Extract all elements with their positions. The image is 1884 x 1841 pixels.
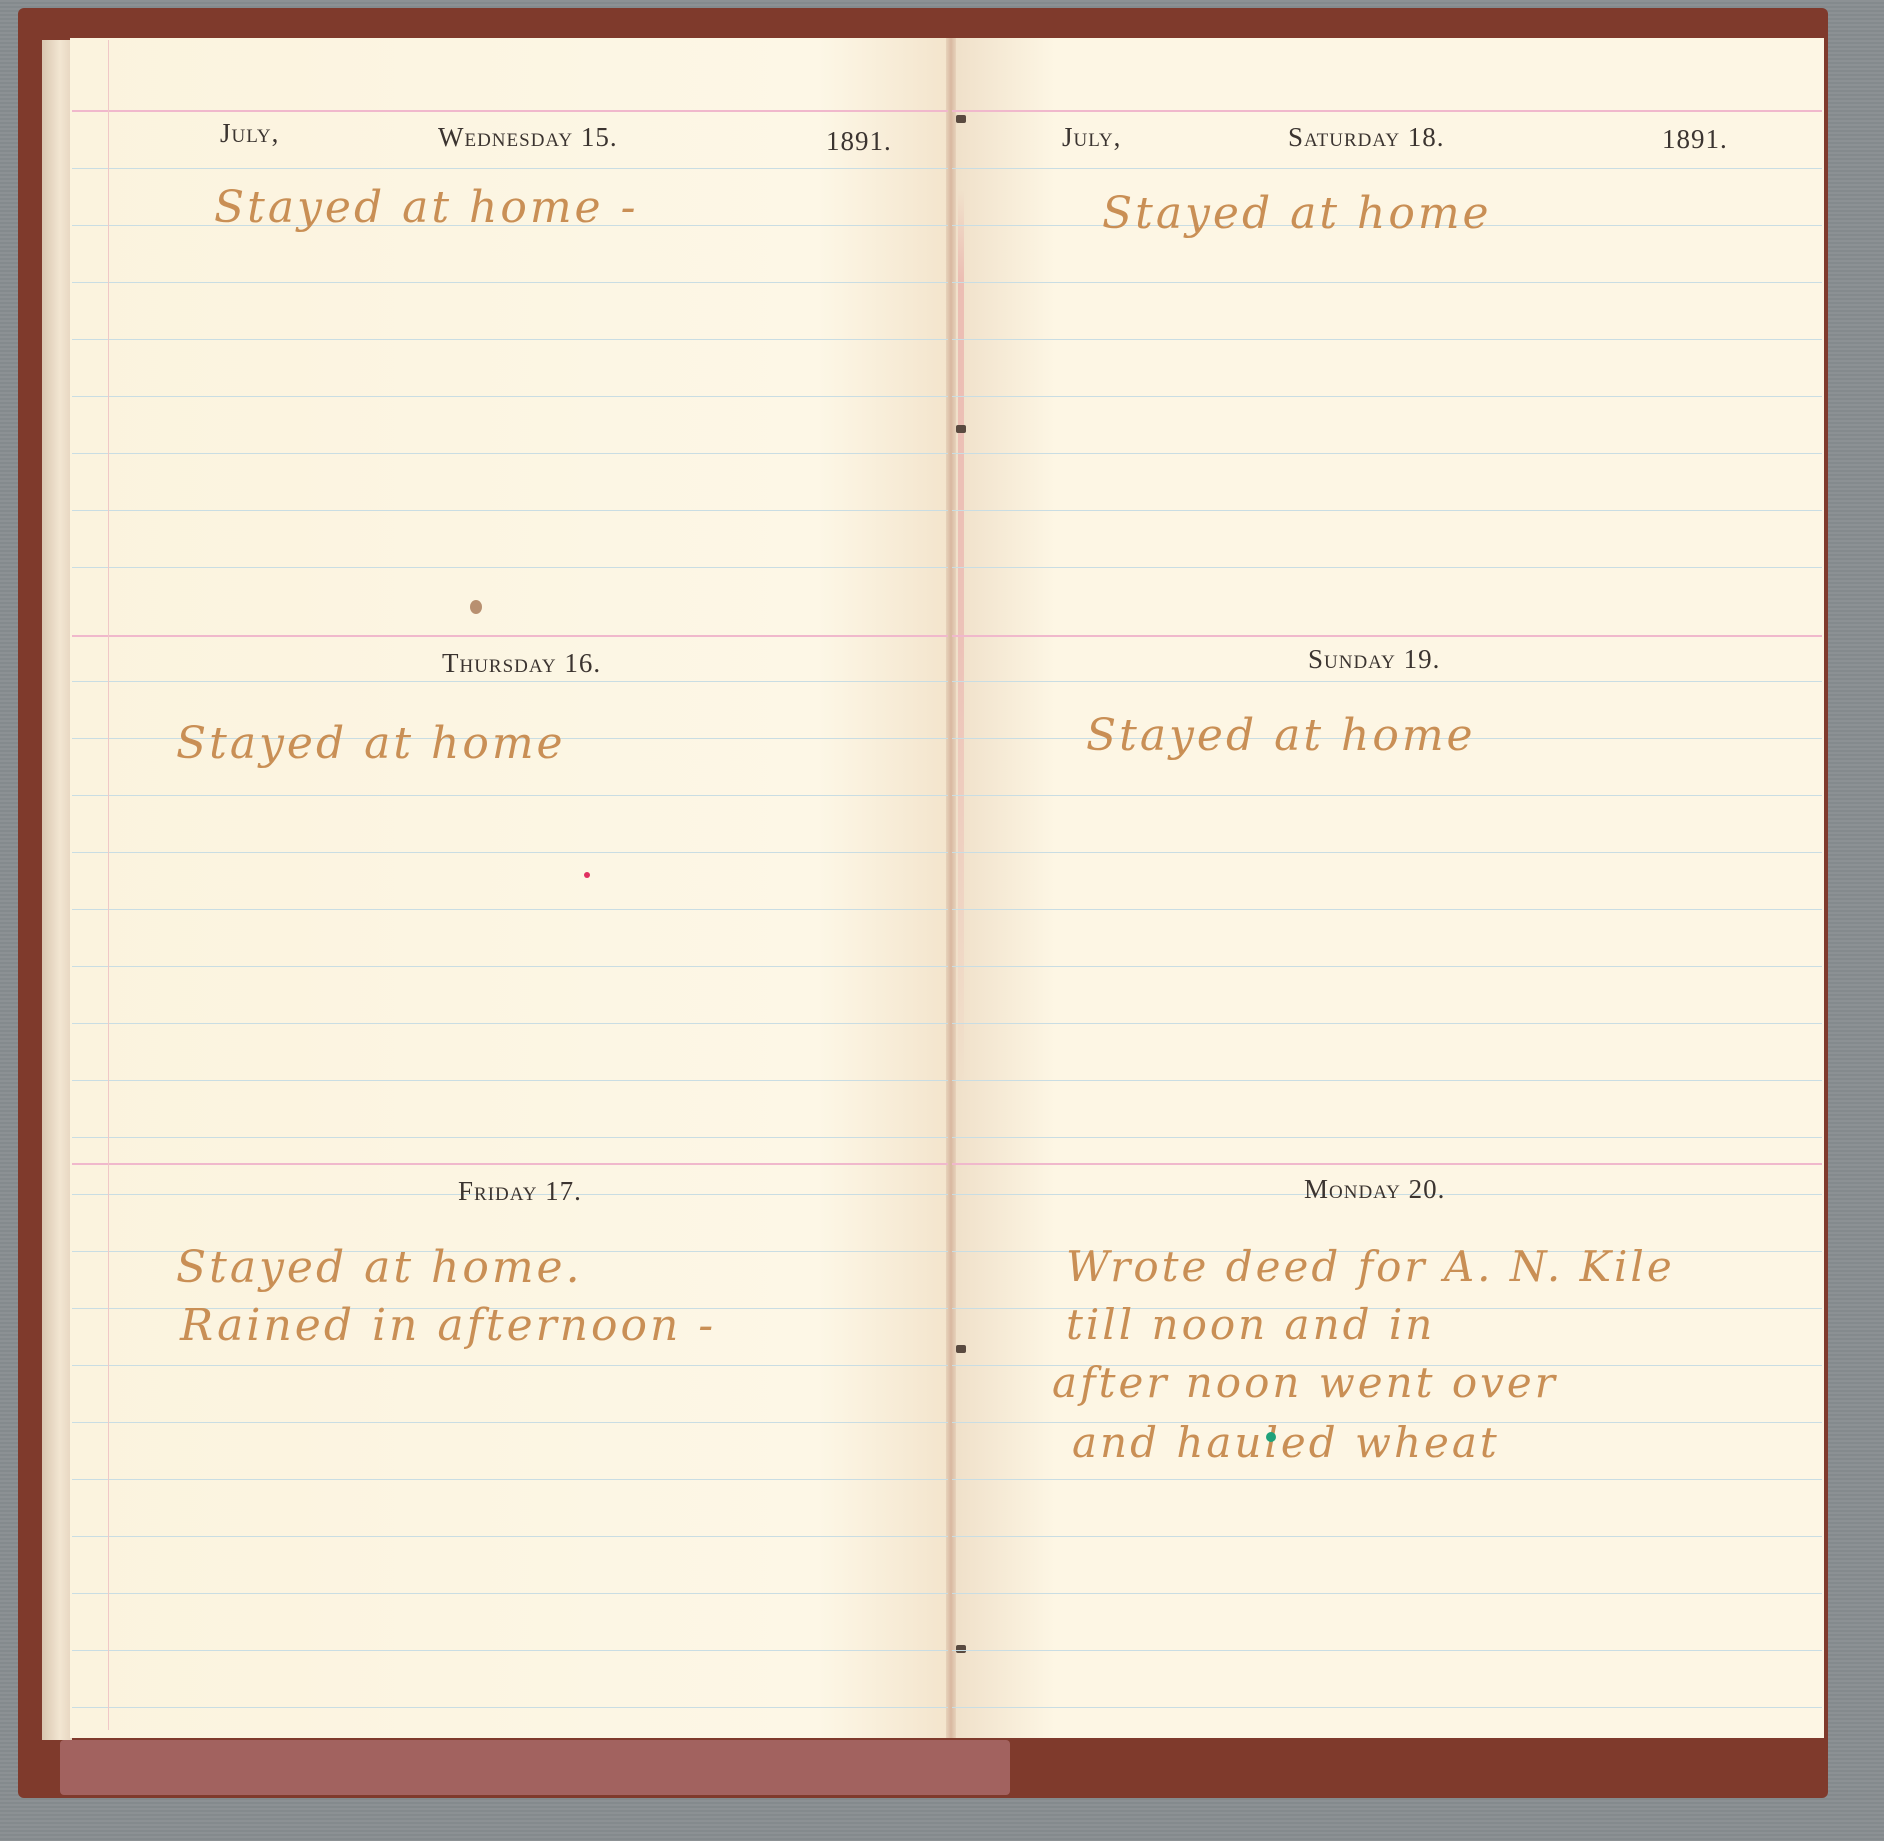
section-divider-line (952, 1163, 1822, 1165)
right-page (950, 38, 1824, 1738)
stitch-mark (956, 1645, 966, 1653)
ruled-line (952, 852, 1822, 853)
day-heading-saturday: Saturday 18. (1288, 122, 1445, 153)
right-month: July, (1062, 122, 1121, 153)
stitch-mark (956, 1345, 966, 1353)
left-month: July, (220, 118, 279, 149)
ruled-line (72, 168, 948, 169)
ruled-line (952, 510, 1822, 511)
ruled-line (72, 339, 948, 340)
section-divider-line (72, 1163, 948, 1165)
ruled-line (952, 1137, 1822, 1138)
ruled-line (72, 1422, 948, 1423)
ruled-line (72, 1479, 948, 1480)
section-divider-line (72, 635, 948, 637)
entry-text-thursday: Stayed at home (176, 718, 566, 769)
ruled-line (952, 1536, 1822, 1537)
ruled-line (72, 795, 948, 796)
ruled-line (72, 567, 948, 568)
ruled-line (952, 1707, 1822, 1708)
ruled-line (952, 396, 1822, 397)
ruled-line (72, 282, 948, 283)
day-heading-wednesday: Wednesday 15. (438, 122, 618, 153)
entry-text-wednesday: Stayed at home - (214, 182, 638, 233)
left-page (70, 38, 950, 1738)
ruled-line (72, 1650, 948, 1651)
left-margin-line (108, 40, 109, 1730)
entry-text-saturday: Stayed at home (1102, 188, 1492, 239)
ruled-line (72, 1593, 948, 1594)
ruled-line (952, 1080, 1822, 1081)
ruled-line (72, 1536, 948, 1537)
book-cover-bottom-edge (60, 1740, 1010, 1795)
ruled-line (72, 852, 948, 853)
day-heading-friday: Friday 17. (458, 1176, 582, 1207)
ruled-line (952, 681, 1822, 682)
entry-text-monday-line4: and hauled wheat (1072, 1418, 1500, 1467)
entry-text-friday-line1: Stayed at home. (176, 1242, 583, 1293)
book-spine (946, 38, 956, 1738)
left-year: 1891. (826, 126, 892, 157)
section-divider-line (952, 110, 1822, 112)
green-ink-dot (1266, 1432, 1276, 1442)
ruled-line (952, 1593, 1822, 1594)
ruled-line (72, 909, 948, 910)
ruled-line (952, 282, 1822, 283)
ruled-line (952, 1479, 1822, 1480)
ink-dot (584, 872, 590, 878)
ruled-line (952, 966, 1822, 967)
ruled-line (952, 453, 1822, 454)
ruled-line (952, 909, 1822, 910)
ruled-line (72, 1080, 948, 1081)
day-heading-sunday: Sunday 19. (1308, 644, 1440, 675)
ruled-line (72, 1707, 948, 1708)
ruled-line (952, 795, 1822, 796)
ruled-line (72, 396, 948, 397)
entry-text-friday-line2: Rained in afternoon - (180, 1300, 716, 1351)
ruled-line (952, 168, 1822, 169)
stitch-mark (956, 425, 966, 433)
entry-text-monday-line2: till noon and in (1066, 1300, 1435, 1349)
ruled-line (72, 966, 948, 967)
ruled-line (952, 1650, 1822, 1651)
section-divider-line (952, 635, 1822, 637)
spine-binding-thread (958, 190, 964, 1090)
entry-text-monday-line3: after noon went over (1052, 1358, 1558, 1407)
day-heading-monday: Monday 20. (1304, 1174, 1445, 1205)
entry-text-sunday: Stayed at home (1086, 710, 1476, 761)
section-divider-line (72, 110, 948, 112)
ruled-line (952, 1023, 1822, 1024)
ruled-line (72, 1023, 948, 1024)
ruled-line (72, 453, 948, 454)
ruled-line (72, 681, 948, 682)
ruled-line (952, 339, 1822, 340)
right-year: 1891. (1662, 124, 1728, 155)
ruled-line (952, 567, 1822, 568)
stain-mark (470, 600, 482, 614)
ruled-line (72, 1365, 948, 1366)
ruled-line (72, 510, 948, 511)
page-stack-edge (42, 40, 72, 1740)
entry-text-monday-line1: Wrote deed for A. N. Kile (1066, 1242, 1675, 1291)
stitch-mark (956, 115, 966, 123)
day-heading-thursday: Thursday 16. (442, 648, 601, 679)
ruled-line (72, 1137, 948, 1138)
